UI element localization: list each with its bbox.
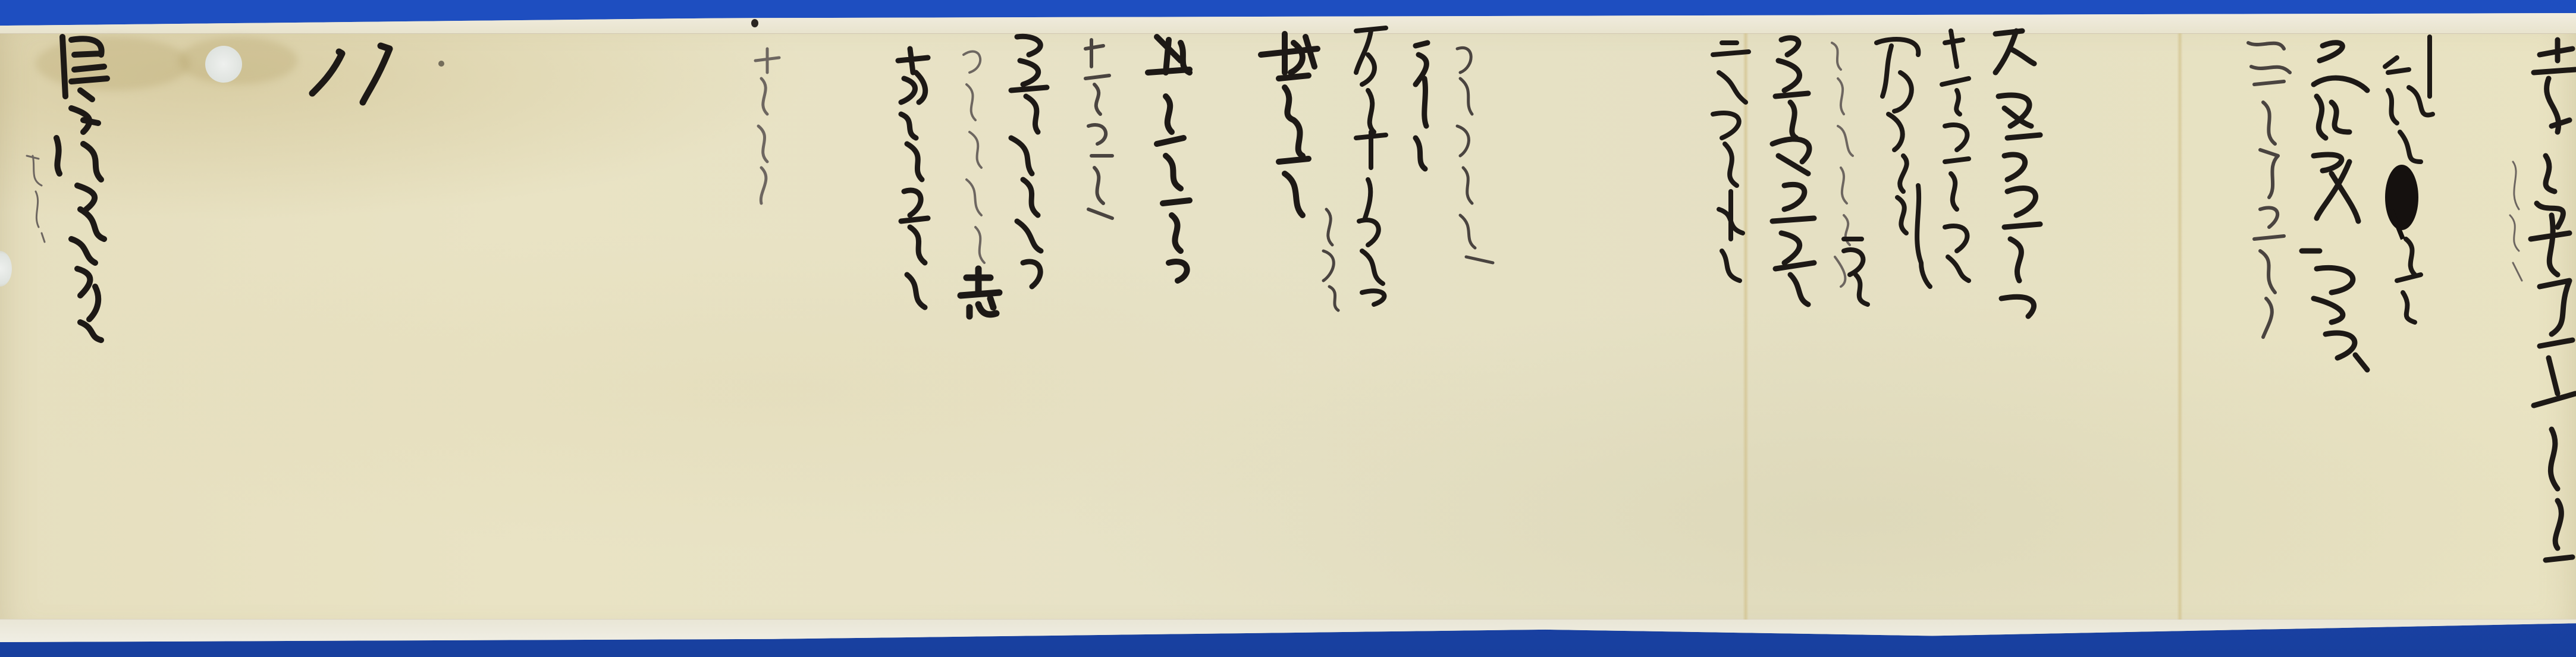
column-c8-end <box>1844 239 1868 304</box>
column-c9 <box>1772 38 1814 304</box>
column-c1 <box>2531 40 2575 560</box>
column-c12 <box>1416 43 1427 169</box>
column-c4 <box>2248 43 2290 337</box>
column-c7 <box>1877 39 1930 287</box>
calligraphy-layer <box>0 13 2576 642</box>
column-c15 <box>1261 34 1317 215</box>
column-c18 <box>1011 36 1047 287</box>
column-c19 <box>964 51 984 263</box>
manuscript-scroll: 此者にお如中様書状 （添書） 引揚也 ● 七郎 由緒之遣一度思召 四具内事一出て… <box>0 13 2576 642</box>
column-c22 <box>312 46 390 102</box>
column-c13 <box>1356 28 1386 304</box>
ink-blot <box>2385 165 2418 230</box>
column-c21 <box>755 49 779 203</box>
column-c10 <box>1713 43 1749 281</box>
column-c11 <box>1457 48 1493 263</box>
column-c19-end <box>961 269 999 316</box>
column-c6 <box>1942 31 1969 281</box>
column-c14 <box>1323 209 1338 310</box>
column-c16 <box>1148 37 1190 281</box>
column-c17 <box>1085 40 1112 218</box>
column-c5 <box>1995 31 2040 316</box>
column-c3 <box>2302 43 2367 370</box>
column-c20 <box>898 49 928 307</box>
transcription: 此者にお如中様書状 （添書） 引揚也 ● 七郎 由緒之遣一度思召 四具内事一出て… <box>0 13 1 14</box>
column-c23 <box>57 37 107 340</box>
photo-background: 此者にお如中様書状 （添書） 引揚也 ● 七郎 由緒之遣一度思召 四具内事一出て… <box>0 0 2576 657</box>
column-c24 <box>27 156 45 242</box>
column-c1a <box>2510 162 2522 281</box>
